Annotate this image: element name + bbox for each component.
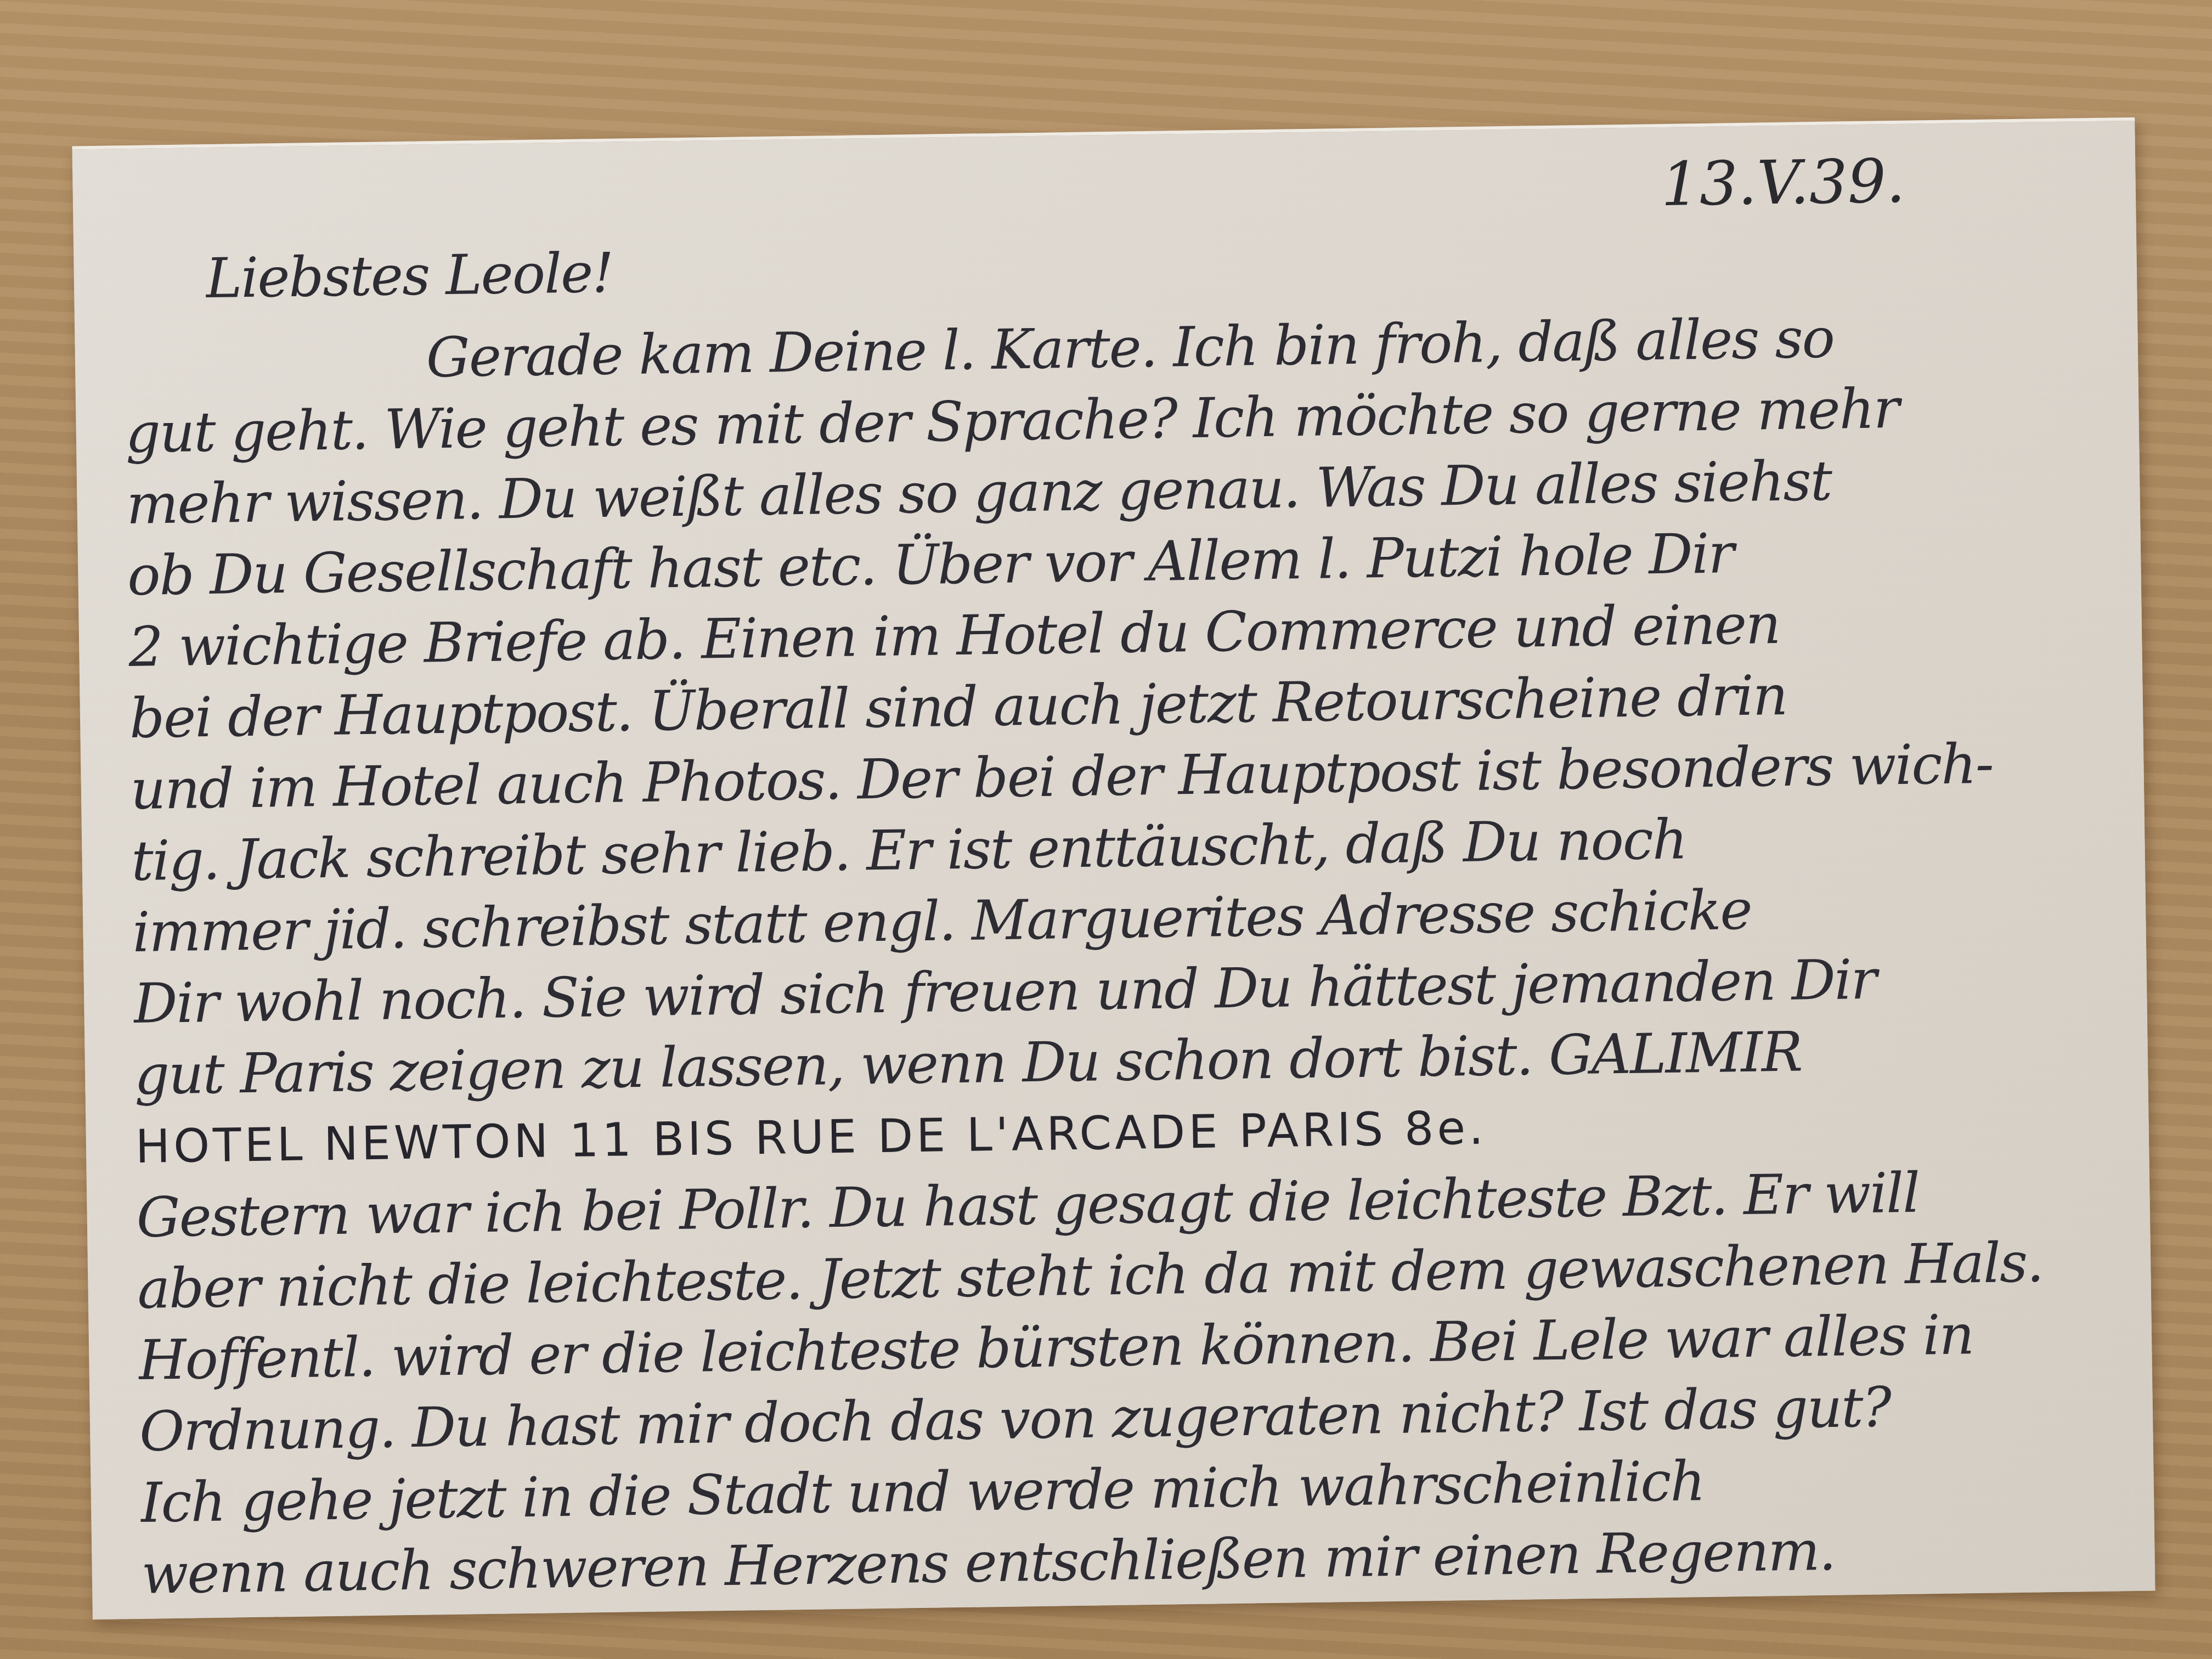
printed-address-line: HOTEL NEWTON 11 BIS RUE DE L'ARCADE PARI… [135, 1092, 2116, 1173]
postcard-date: 13.V.39. [1661, 146, 1906, 219]
salutation: Liebstes Leole! [205, 220, 2104, 311]
postcard: 13.V.39. Liebstes Leole! Gerade kam Dein… [72, 117, 2155, 1620]
